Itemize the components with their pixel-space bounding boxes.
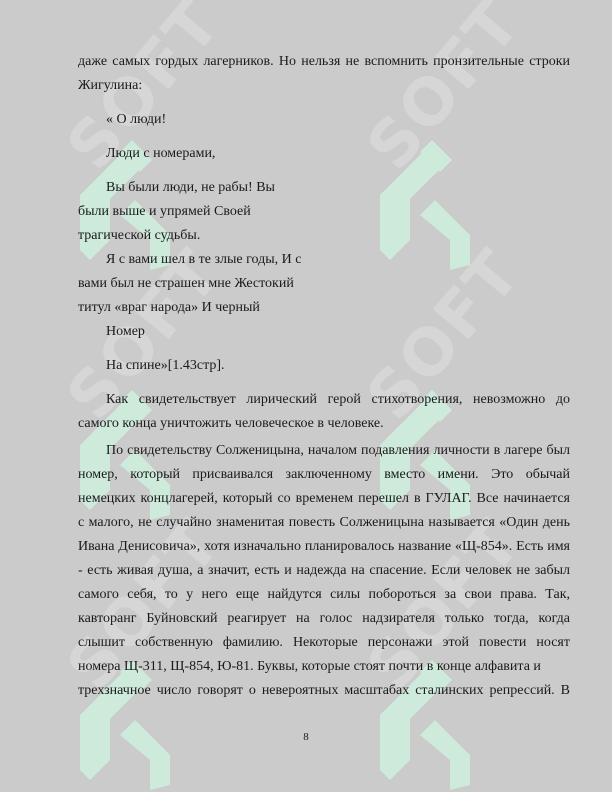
paragraph-line: немецких концлагерей, который со времене… xyxy=(78,487,570,511)
paragraph-2: Как свидетельствует лирический герой сти… xyxy=(78,388,570,436)
paragraph-line: Ивана Денисовича», хотя изначально плани… xyxy=(78,535,570,559)
poem-line: трагической судьбы. xyxy=(78,224,570,248)
paragraph-3: По свидетельству Солженицына, началом по… xyxy=(78,439,570,703)
poem-line: титул «враг народа» И черный xyxy=(78,296,570,320)
paragraph-line: номера Щ-311, Щ-854, Ю-81. Буквы, которы… xyxy=(78,655,570,679)
paragraph-line: По свидетельству Солженицына, началом по… xyxy=(78,439,570,463)
paragraph-line: с малого, не случайно знаменитая повесть… xyxy=(78,511,570,535)
document-page: даже самых гордых лагерников. Но нельзя … xyxy=(78,50,570,703)
poem-line: Люди с номерами, xyxy=(78,142,570,166)
poem-line: Вы были люди, не рабы! Вы xyxy=(78,176,570,200)
paragraph-line: самого себя, то у него еще найдутся силы… xyxy=(78,583,570,607)
paragraph-line: кавторанг Буйновский реагирует на голос … xyxy=(78,607,570,631)
poem-line: Номер xyxy=(78,320,570,344)
poem-line: Я с вами шел в те злые годы, И с xyxy=(78,248,570,272)
paragraph-line: слышит собственную фамилию. Некоторые пе… xyxy=(78,631,570,655)
poem-quote: « О люди!Люди с номерами,Вы были люди, н… xyxy=(78,98,570,378)
page-number: 8 xyxy=(0,731,612,743)
poem-line: « О люди! xyxy=(78,108,570,132)
poem-line: были выше и упрямей Своей xyxy=(78,200,570,224)
intro-line-2: Жигулина: xyxy=(78,74,570,98)
poem-line: вами был не страшен мне Жестокий xyxy=(78,272,570,296)
intro-line-1: даже самых гордых лагерников. Но нельзя … xyxy=(78,50,570,74)
paragraph-line: номер, который присваивался заключенному… xyxy=(78,463,570,487)
paragraph-line: - есть живая душа, а значит, есть и наде… xyxy=(78,559,570,583)
poem-line: На спине»[1.43стр]. xyxy=(78,354,570,378)
paragraph-line: трехзначное число говорят о невероятных … xyxy=(78,679,570,703)
